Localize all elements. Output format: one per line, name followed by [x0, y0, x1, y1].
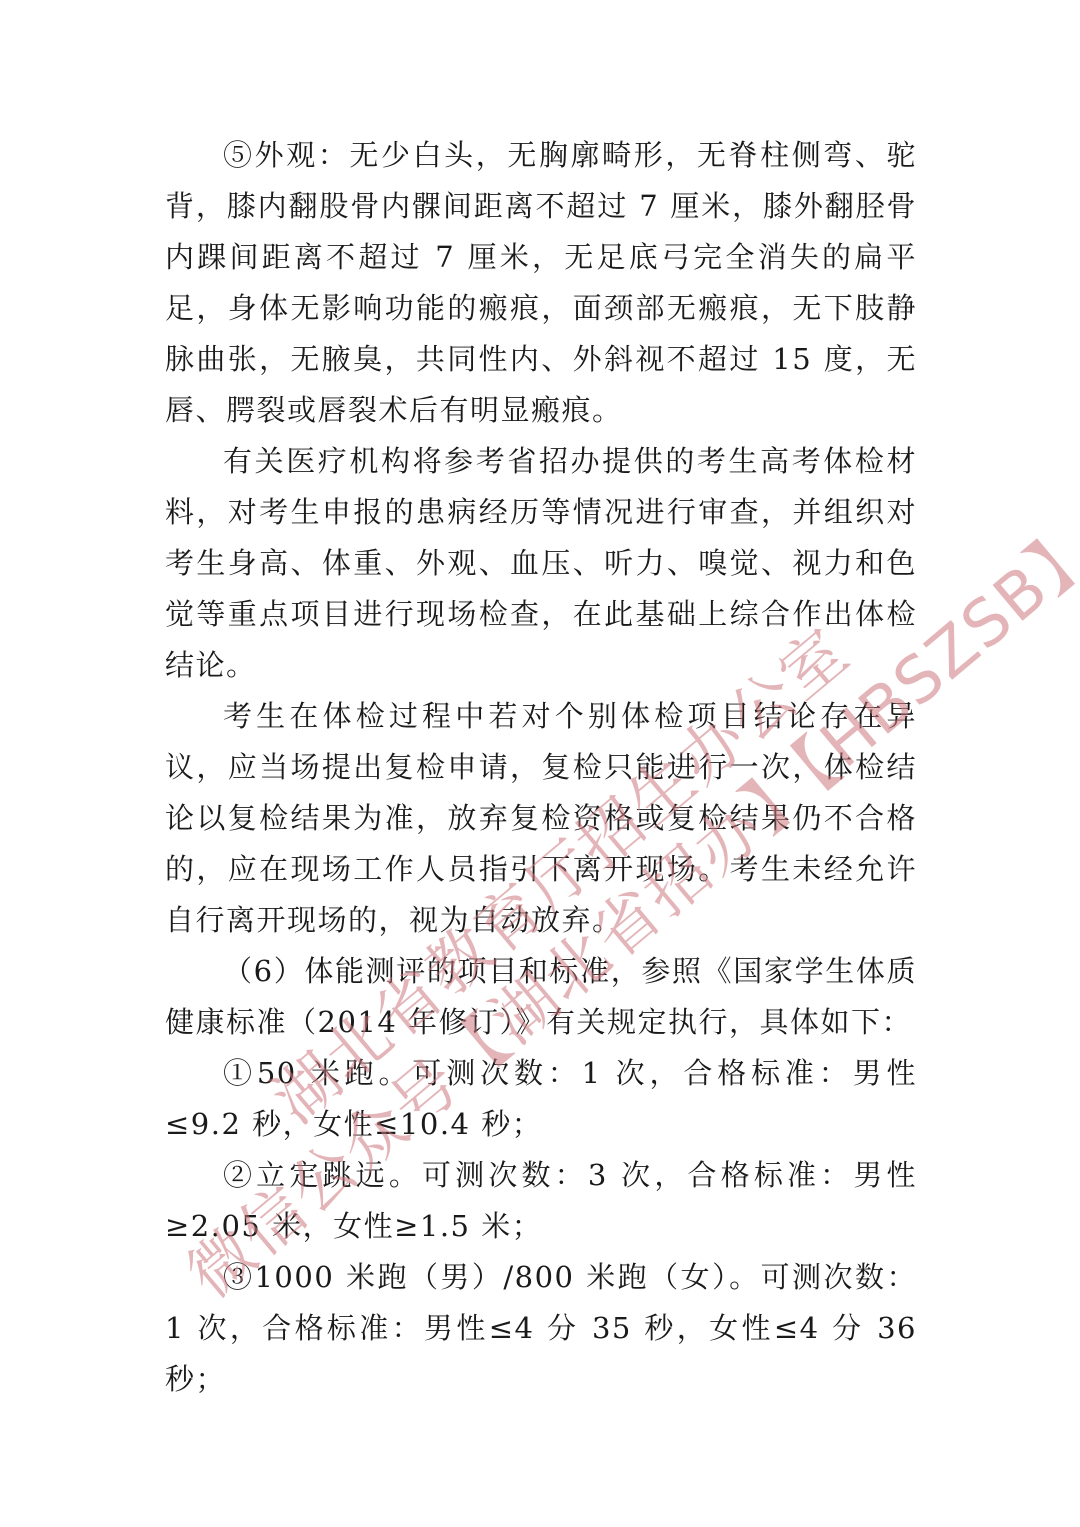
paragraph-1000m-800m-run: ③1000 米跑（男）/800 米跑（女）。可测次数：1 次，合格标准：男性≤4…: [165, 1252, 917, 1405]
document-body: ⑤外观：无少白头，无胸廓畸形，无脊柱侧弯、驼背，膝内翻股骨内髁间距离不超过 7 …: [165, 130, 917, 1405]
paragraph-medical-review: 有关医疗机构将参考省招办提供的考生高考体检材料，对考生申报的患病经历等情况进行审…: [165, 436, 917, 691]
paragraph-standing-long-jump: ②立定跳远。可测次数：3 次，合格标准：男性≥2.05 米，女性≥1.5 米；: [165, 1150, 917, 1252]
paragraph-50m-run: ①50 米跑。可测次数：1 次，合格标准：男性≤9.2 秒，女性≤10.4 秒；: [165, 1048, 917, 1150]
paragraph-appearance-criteria: ⑤外观：无少白头，无胸廓畸形，无脊柱侧弯、驼背，膝内翻股骨内髁间距离不超过 7 …: [165, 130, 917, 436]
paragraph-fitness-test-intro: （6）体能测评的项目和标准，参照《国家学生体质健康标准（2014 年修订）》有关…: [165, 946, 917, 1048]
paragraph-recheck-policy: 考生在体检过程中若对个别体检项目结论存在异议，应当场提出复检申请，复检只能进行一…: [165, 691, 917, 946]
